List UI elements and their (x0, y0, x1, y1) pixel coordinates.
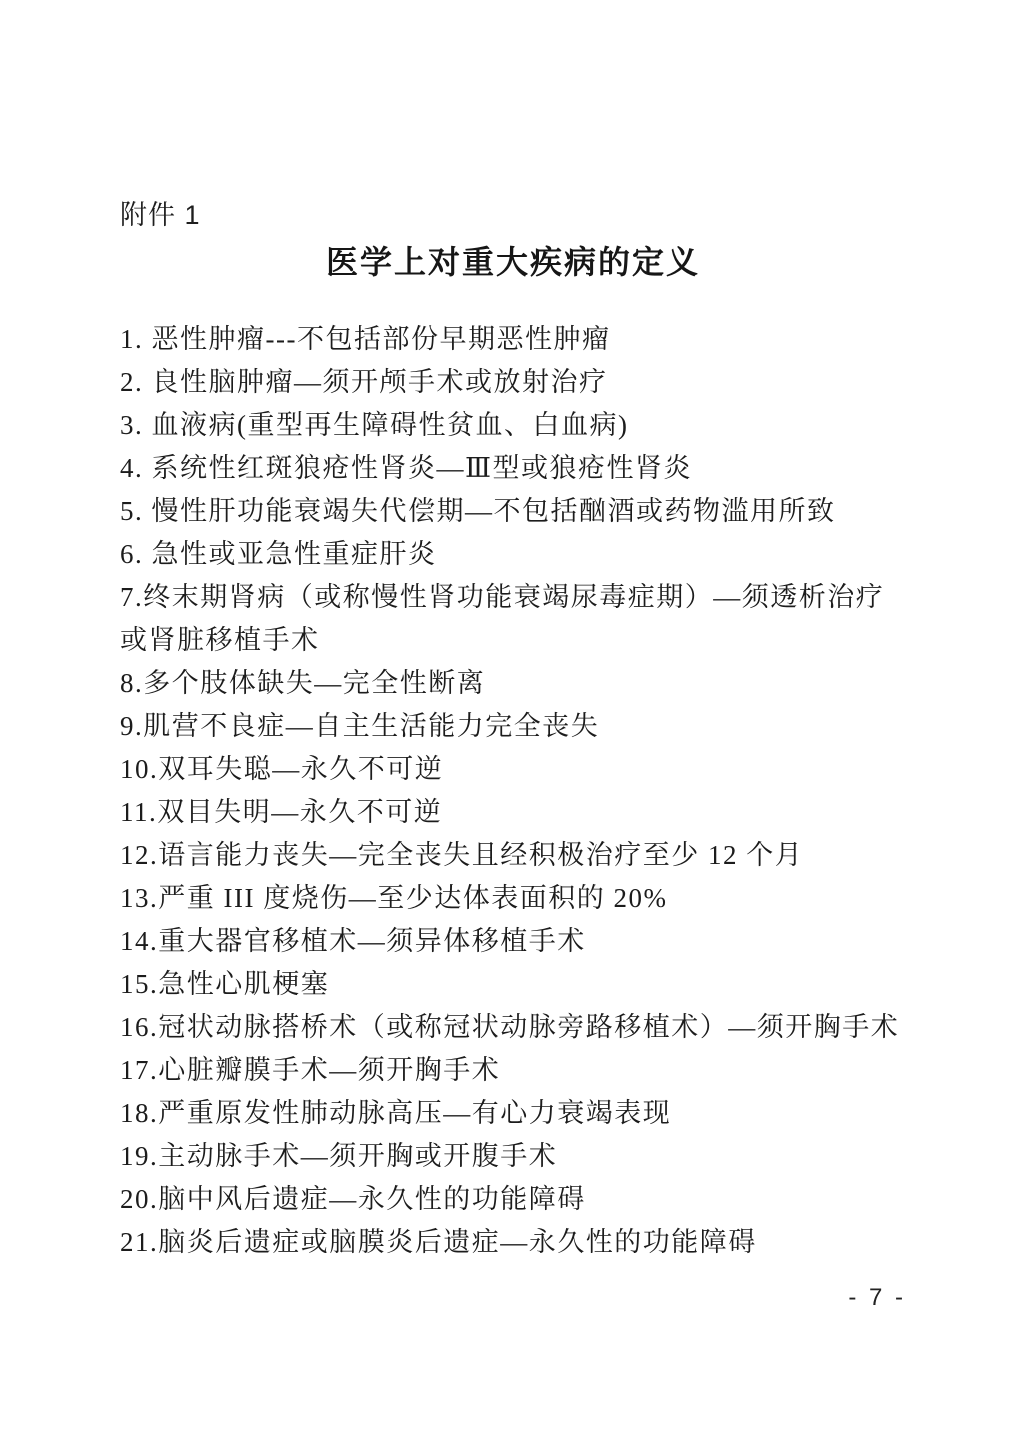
disease-list: 1. 恶性肿瘤---不包括部份早期恶性肿瘤 2. 良性脑肿瘤—须开颅手术或放射治… (120, 318, 906, 1264)
attachment-label: 附件 1 (120, 196, 906, 234)
list-item: 17.心脏瓣膜手术—须开胸手术 (120, 1049, 906, 1092)
list-item: 1. 恶性肿瘤---不包括部份早期恶性肿瘤 (120, 318, 906, 361)
list-item: 15.急性心肌梗塞 (120, 963, 906, 1006)
list-item: 14.重大器官移植术—须异体移植手术 (120, 920, 906, 963)
list-item: 8.多个肢体缺失—完全性断离 (120, 662, 906, 705)
list-item: 7.终末期肾病（或称慢性肾功能衰竭尿毒症期）—须透析治疗或肾脏移植手术 (120, 576, 906, 662)
list-item: 9.肌营不良症—自主生活能力完全丧失 (120, 705, 906, 748)
page-number: - 7 - (848, 1284, 906, 1312)
list-item: 10.双耳失聪—永久不可逆 (120, 748, 906, 791)
list-item: 12.语言能力丧失—完全丧失且经积极治疗至少 12 个月 (120, 834, 906, 877)
list-item: 3. 血液病(重型再生障碍性贫血、白血病) (120, 404, 906, 447)
list-item: 21.脑炎后遗症或脑膜炎后遗症—永久性的功能障碍 (120, 1221, 906, 1264)
list-item: 16.冠状动脉搭桥术（或称冠状动脉旁路移植术）—须开胸手术 (120, 1006, 906, 1049)
list-item: 11.双目失明—永久不可逆 (120, 791, 906, 834)
list-item: 18.严重原发性肺动脉高压—有心力衰竭表现 (120, 1092, 906, 1135)
list-item: 19.主动脉手术—须开胸或开腹手术 (120, 1135, 906, 1178)
list-item: 5. 慢性肝功能衰竭失代偿期—不包括酗酒或药物滥用所致 (120, 490, 906, 533)
document-page: 附件 1 医学上对重大疾病的定义 1. 恶性肿瘤---不包括部份早期恶性肿瘤 2… (0, 0, 1024, 1448)
list-item: 6. 急性或亚急性重症肝炎 (120, 533, 906, 576)
page-title: 医学上对重大疾病的定义 (120, 242, 906, 282)
list-item: 20.脑中风后遗症—永久性的功能障碍 (120, 1178, 906, 1221)
list-item: 4. 系统性红斑狼疮性肾炎—Ⅲ型或狼疮性肾炎 (120, 447, 906, 490)
list-item: 13.严重 III 度烧伤—至少达体表面积的 20% (120, 877, 906, 920)
document-body: 附件 1 医学上对重大疾病的定义 1. 恶性肿瘤---不包括部份早期恶性肿瘤 2… (120, 196, 906, 1264)
list-item: 2. 良性脑肿瘤—须开颅手术或放射治疗 (120, 361, 906, 404)
